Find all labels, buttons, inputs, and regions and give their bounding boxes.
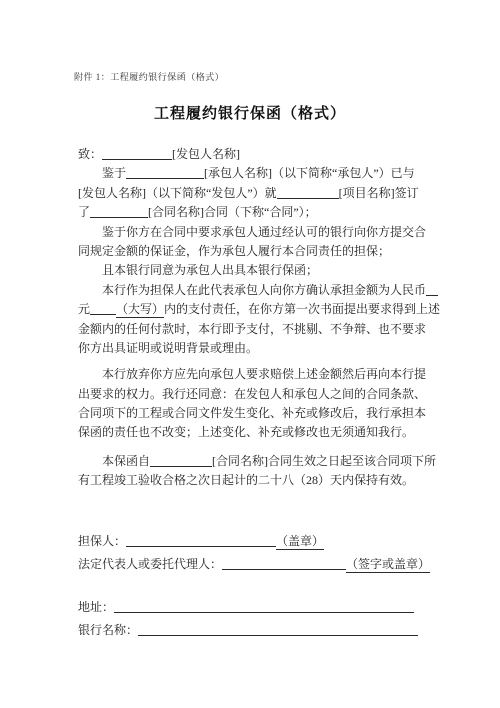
body-line: [发包人名称]（以下简称“发包人”）就[项目名称]签订 [78, 184, 422, 203]
representative-label: 法定代表人或委托代理人： [78, 557, 222, 571]
body-text: 你方出具证明或说明背景或理由。 [78, 341, 258, 355]
blank-field-contract-name [90, 205, 148, 218]
body-text: 金额内的任何付款时，本行即予支付，不挑剔、不争辩、也不要求 [78, 322, 426, 336]
body-line: 了[合同名称]合同（下称“合同”）； [78, 203, 422, 222]
body-text: [发包人名称]（以下简称“发包人”）就 [78, 186, 277, 200]
body-text: 合同项下的工程或合同文件发生变化、补充或修改后，我行承担本 [78, 406, 426, 420]
body-line: 且本银行同意为承包人出具本银行保函； [78, 261, 422, 280]
address-label: 地址： [78, 600, 114, 614]
blank-field-project-name [277, 186, 339, 199]
body-line: 金额内的任何付款时，本行即予支付，不挑剔、不争辩、也不要求 [78, 320, 422, 339]
blank-field-address [114, 600, 414, 613]
blank-field-amount [426, 283, 438, 296]
body-text: 保函的责任也不改变；上述变化、补充或修改也无须通知我行。 [78, 425, 414, 439]
salutation-placeholder: [发包人名称] [172, 147, 240, 161]
body-line: 元（大写）内的支付责任，在你方第一次书面提出要求得到上述 [78, 300, 422, 319]
blank-field-representative [222, 557, 346, 570]
body-text: [承包人名称]（以下简称“承包人”）已与 [204, 166, 415, 180]
body-line: 合同项下的工程或合同文件发生变化、补充或修改后，我行承担本 [78, 404, 422, 423]
body-line: 本行作为担保人在此代表承包人向你方确认承担金额为人民币 [78, 281, 422, 300]
bank-name-label: 银行名称： [78, 623, 138, 637]
document-title: 工程履约银行保函（格式） [0, 102, 500, 123]
body-text: 本行放弃你方应先向承包人要求赔偿上述金额然后再向本行提 [102, 367, 426, 381]
blank-field-contract-name-2 [150, 454, 212, 467]
body-text: 鉴于你方在合同中要求承包人通过经认可的银行向你方提交合 [102, 225, 426, 239]
salutation-line: 致：[发包人名称] [78, 145, 422, 164]
amount-words-label: （大写） [116, 302, 164, 318]
blank-field-contractor-name [126, 166, 204, 179]
body-text: [合同名称]合同生效之日起至该合同项下所 [212, 454, 436, 468]
attachment-note: 附件 1：工程履约银行保函（格式） [74, 70, 224, 83]
representative-line: 法定代表人或委托代理人：（签字或盖章） [78, 553, 428, 576]
blank-field-amount-words [90, 302, 116, 315]
signature-block: 担保人：（盖章） 法定代表人或委托代理人：（签字或盖章） 地址： 银行名称： [78, 530, 428, 642]
body-line: 出要求的权力。我行还同意：在发包人和承包人之间的合同条款、 [78, 385, 422, 404]
blank-field-bank-name [138, 623, 418, 636]
document-body: 致：[发包人名称] 鉴于[承包人名称]（以下简称“承包人”）已与 [发包人名称]… [78, 145, 422, 491]
body-line: 有工程竣工验收合格之次日起计的二十八（28）天内保持有效。 [78, 471, 422, 490]
body-line: 同规定金额的保证金，作为承包人履行本合同责任的担保； [78, 242, 422, 261]
blank-field-employer-name [102, 147, 172, 160]
body-text: 出要求的权力。我行还同意：在发包人和承包人之间的合同条款、 [78, 387, 426, 401]
body-line: 你方出具证明或说明背景或理由。 [78, 339, 422, 358]
body-text: 本保函自 [102, 454, 150, 468]
body-text: 且本银行同意为承包人出具本银行保函； [102, 263, 318, 277]
body-text: 元 [78, 302, 90, 316]
sign-or-seal-label: （签字或盖章） [346, 557, 430, 573]
body-text: 了 [78, 205, 90, 219]
body-text: 有工程竣工验收合格之次日起计的二十八（28）天内保持有效。 [78, 473, 414, 487]
blank-field-guarantor [126, 534, 276, 547]
address-line: 地址： [78, 596, 428, 619]
body-text: [项目名称]签订 [339, 186, 419, 200]
guarantor-line: 担保人：（盖章） [78, 530, 428, 553]
body-text: 内的支付责任，在你方第一次书面提出要求得到上述 [164, 302, 440, 316]
body-text: 同规定金额的保证金，作为承包人履行本合同责任的担保； [78, 244, 390, 258]
guarantor-label: 担保人： [78, 534, 126, 548]
body-text: [合同名称]合同（下称“合同”）； [148, 205, 317, 219]
signature-spacer [78, 576, 428, 596]
body-text: 本行作为担保人在此代表承包人向你方确认承担金额为人民币 [102, 283, 426, 297]
seal-label: （盖章） [276, 534, 324, 550]
body-line: 鉴于你方在合同中要求承包人通过经认可的银行向你方提交合 [78, 223, 422, 242]
body-line: 本保函自[合同名称]合同生效之日起至该合同项下所 [78, 452, 422, 471]
body-line: 保函的责任也不改变；上述变化、补充或修改也无须通知我行。 [78, 423, 422, 442]
body-line: 本行放弃你方应先向承包人要求赔偿上述金额然后再向本行提 [78, 365, 422, 384]
body-text: 鉴于 [102, 166, 126, 180]
body-line: 鉴于[承包人名称]（以下简称“承包人”）已与 [78, 164, 422, 183]
bank-name-line: 银行名称： [78, 619, 428, 642]
salutation-label: 致： [78, 147, 102, 161]
document-page: 附件 1：工程履约银行保函（格式） 工程履约银行保函（格式） 致：[发包人名称]… [0, 0, 500, 708]
